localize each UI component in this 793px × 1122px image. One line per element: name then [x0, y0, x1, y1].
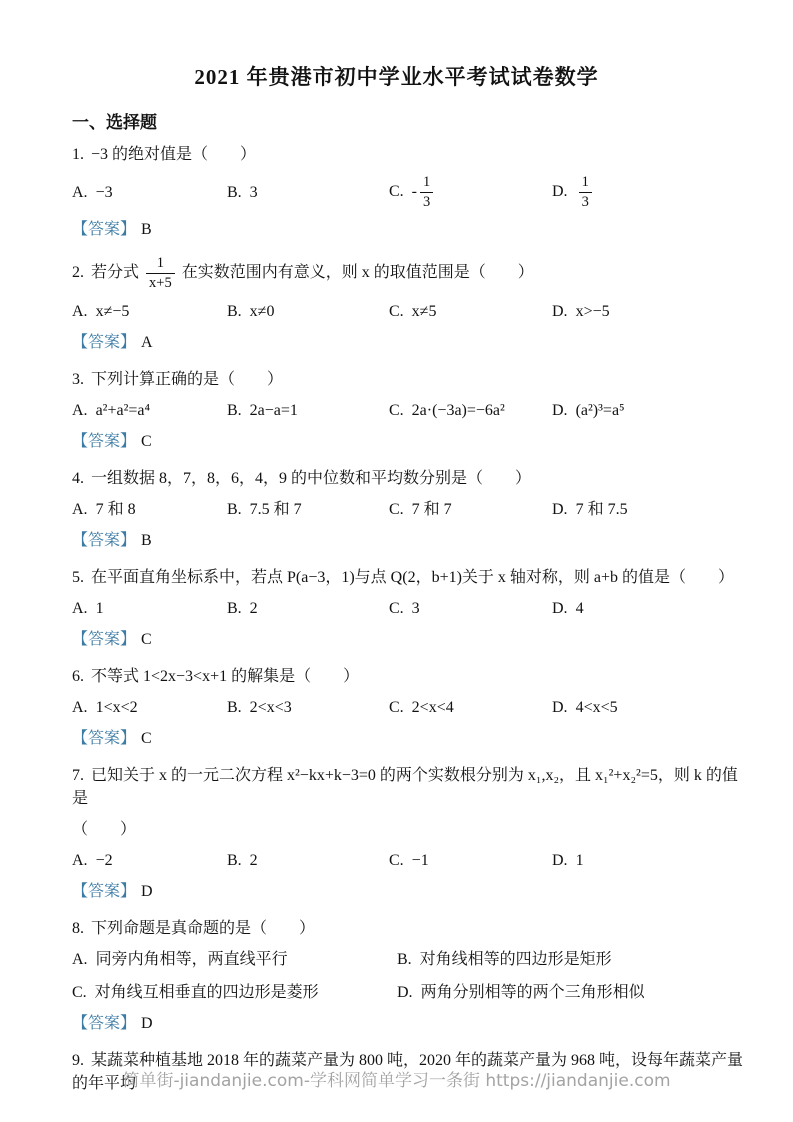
question-list: 1.−3 的绝对值是（ ）A.−3B.3C.-13D.13【答案】B2.若分式 …: [72, 143, 753, 1095]
option-label: C.: [389, 852, 404, 869]
answer-label: 【答案】: [72, 334, 136, 351]
question-number: 6.: [72, 668, 84, 685]
question-stem: 5.在平面直角坐标系中，若点 P(a−3，1)与点 Q(2，b+1)关于 x 轴…: [72, 566, 753, 589]
exam-page: 2021 年贵港市初中学业水平考试试卷数学 一、选择题 1.−3 的绝对值是（ …: [0, 0, 793, 1122]
exam-title: 2021 年贵港市初中学业水平考试试卷数学: [0, 0, 793, 92]
fraction-numerator: 1: [579, 174, 592, 193]
option-label: D.: [552, 183, 568, 200]
option: A.1: [72, 597, 227, 620]
question-number: 2.: [72, 264, 84, 281]
option: D.两角分别相等的两个三角形相似: [397, 981, 753, 1004]
option: C.−1: [389, 849, 552, 872]
option: A.a²+a²=a⁴: [72, 399, 227, 422]
question-stem: 8.下列命题是真命题的是（ ）: [72, 917, 753, 940]
watermark-text: 简单街-jiandanjie.com-学科网简单学习一条街 https://ji…: [122, 1071, 670, 1091]
fraction-numerator: 1: [146, 255, 175, 274]
answer-line: 【答案】C: [72, 727, 753, 750]
answer-line: 【答案】D: [72, 1012, 753, 1035]
answer-label: 【答案】: [72, 1015, 136, 1032]
option-label: A.: [72, 501, 88, 518]
question-stem: 1.−3 的绝对值是（ ）: [72, 143, 753, 166]
option-label: B.: [227, 184, 242, 201]
option-label: C.: [389, 699, 404, 716]
answer-value: D: [141, 1015, 153, 1032]
answer-value: A: [141, 334, 153, 351]
options-row: A.−3B.3C.-13D.13: [72, 174, 753, 210]
question: 8.下列命题是真命题的是（ ）A.同旁内角相等，两直线平行B.对角线相等的四边形…: [72, 917, 753, 1035]
option-label: C.: [72, 984, 87, 1001]
question-stem: 6.不等式 1<2x−3<x+1 的解集是（ ）: [72, 665, 753, 688]
question-number: 4.: [72, 470, 84, 487]
options-row: A.同旁内角相等，两直线平行B.对角线相等的四边形是矩形C.对角线互相垂直的四边…: [72, 948, 753, 1004]
option: B.2<x<3: [227, 696, 389, 719]
question: 3.下列计算正确的是（ ）A.a²+a²=a⁴B.2a−a=1C.2a·(−3a…: [72, 368, 753, 453]
option: D.7 和 7.5: [552, 498, 753, 521]
option-label: A.: [72, 184, 88, 201]
answer-value: B: [141, 221, 152, 238]
fraction: 1x+5: [146, 255, 175, 291]
option-label: C.: [389, 501, 404, 518]
fraction-denominator: x+5: [146, 274, 175, 292]
answer-line: 【答案】B: [72, 218, 753, 241]
question-number: 7.: [72, 767, 84, 784]
option: D.4<x<5: [552, 696, 753, 719]
options-row: A.x≠−5B.x≠0C.x≠5D.x>−5: [72, 300, 753, 323]
option-label: A.: [72, 699, 88, 716]
answer-value: C: [141, 730, 152, 747]
option: C.-13: [389, 174, 552, 210]
option-label: B.: [227, 852, 242, 869]
answer-line: 【答案】C: [72, 430, 753, 453]
question-stem: 2.若分式 1x+5 在实数范围内有意义，则 x 的取值范围是（ ）: [72, 255, 753, 291]
question: 5.在平面直角坐标系中，若点 P(a−3，1)与点 Q(2，b+1)关于 x 轴…: [72, 566, 753, 651]
answer-label: 【答案】: [72, 883, 136, 900]
question: 6.不等式 1<2x−3<x+1 的解集是（ ）A.1<x<2B.2<x<3C.…: [72, 665, 753, 750]
option-label: D.: [552, 699, 568, 716]
option-label: D.: [397, 984, 413, 1001]
answer-line: 【答案】C: [72, 628, 753, 651]
option-label: C.: [389, 402, 404, 419]
option: A.同旁内角相等，两直线平行: [72, 948, 397, 971]
option: C.3: [389, 597, 552, 620]
question-number: 5.: [72, 569, 84, 586]
option: B.3: [227, 181, 389, 204]
option-label: B.: [227, 303, 242, 320]
option-label: D.: [552, 402, 568, 419]
option-label: D.: [552, 852, 568, 869]
option-label: B.: [227, 699, 242, 716]
question: 4.一组数据 8，7，8，6，4，9 的中位数和平均数分别是（ ）A.7 和 8…: [72, 467, 753, 552]
question-stem-continued: （ ）: [72, 818, 753, 841]
question: 1.−3 的绝对值是（ ）A.−3B.3C.-13D.13【答案】B: [72, 143, 753, 241]
option: B.2: [227, 597, 389, 620]
option-label: B.: [227, 402, 242, 419]
option-label: C.: [389, 303, 404, 320]
answer-value: D: [141, 883, 153, 900]
options-row: A.7 和 8B.7.5 和 7C.7 和 7D.7 和 7.5: [72, 498, 753, 521]
answer-line: 【答案】B: [72, 529, 753, 552]
option: C.对角线互相垂直的四边形是菱形: [72, 981, 397, 1004]
fraction: 13: [420, 174, 433, 210]
option-label: A.: [72, 852, 88, 869]
option-label: D.: [552, 501, 568, 518]
option-label: A.: [72, 402, 88, 419]
option: D.13: [552, 174, 753, 210]
question-stem: 7.已知关于 x 的一元二次方程 x²−kx+k−3=0 的两个实数根分别为 x…: [72, 764, 753, 810]
answer-value: C: [141, 631, 152, 648]
option: C.2<x<4: [389, 696, 552, 719]
option: B.7.5 和 7: [227, 498, 389, 521]
question-stem: 4.一组数据 8，7，8，6，4，9 的中位数和平均数分别是（ ）: [72, 467, 753, 490]
answer-value: B: [141, 532, 152, 549]
option: B.2: [227, 849, 389, 872]
option: C.2a·(−3a)=−6a²: [389, 399, 552, 422]
question: 2.若分式 1x+5 在实数范围内有意义，则 x 的取值范围是（ ）A.x≠−5…: [72, 255, 753, 353]
fraction-denominator: 3: [420, 193, 433, 211]
option: A.1<x<2: [72, 696, 227, 719]
option: D.4: [552, 597, 753, 620]
answer-label: 【答案】: [72, 730, 136, 747]
answer-line: 【答案】A: [72, 331, 753, 354]
question-stem: 3.下列计算正确的是（ ）: [72, 368, 753, 391]
answer-label: 【答案】: [72, 221, 136, 238]
option-label: D.: [552, 303, 568, 320]
option-label: D.: [552, 600, 568, 617]
option: B.x≠0: [227, 300, 389, 323]
answer-label: 【答案】: [72, 532, 136, 549]
fraction: 13: [579, 174, 592, 210]
question-number: 3.: [72, 371, 84, 388]
question: 7.已知关于 x 的一元二次方程 x²−kx+k−3=0 的两个实数根分别为 x…: [72, 764, 753, 903]
options-row: A.a²+a²=a⁴B.2a−a=1C.2a·(−3a)=−6a²D.(a²)³…: [72, 399, 753, 422]
answer-label: 【答案】: [72, 631, 136, 648]
option-label: B.: [227, 501, 242, 518]
section-heading: 一、选择题: [72, 111, 793, 135]
question-number: 1.: [72, 146, 84, 163]
answer-label: 【答案】: [72, 433, 136, 450]
option: D.1: [552, 849, 753, 872]
options-row: A.1<x<2B.2<x<3C.2<x<4D.4<x<5: [72, 696, 753, 719]
option: B.2a−a=1: [227, 399, 389, 422]
fraction-numerator: 1: [420, 174, 433, 193]
options-row: A.1B.2C.3D.4: [72, 597, 753, 620]
fraction-denominator: 3: [579, 193, 592, 211]
option-label: B.: [397, 951, 412, 968]
page-footer: 简单街-jiandanjie.com-学科网简单学习一条街 https://ji…: [0, 1066, 793, 1091]
option: C.x≠5: [389, 300, 552, 323]
option-label: C.: [389, 600, 404, 617]
option-label: C.: [389, 183, 404, 200]
option: B.对角线相等的四边形是矩形: [397, 948, 753, 971]
option: C.7 和 7: [389, 498, 552, 521]
option-label: B.: [227, 600, 242, 617]
option: D.(a²)³=a⁵: [552, 399, 753, 422]
option-label: A.: [72, 303, 88, 320]
option: A.7 和 8: [72, 498, 227, 521]
answer-line: 【答案】D: [72, 880, 753, 903]
question-number: 8.: [72, 920, 84, 937]
answer-value: C: [141, 433, 152, 450]
option: A.−2: [72, 849, 227, 872]
options-row: A.−2B.2C.−1D.1: [72, 849, 753, 872]
option: A.−3: [72, 181, 227, 204]
option-label: A.: [72, 600, 88, 617]
option-label: A.: [72, 951, 88, 968]
option: A.x≠−5: [72, 300, 227, 323]
option: D.x>−5: [552, 300, 753, 323]
